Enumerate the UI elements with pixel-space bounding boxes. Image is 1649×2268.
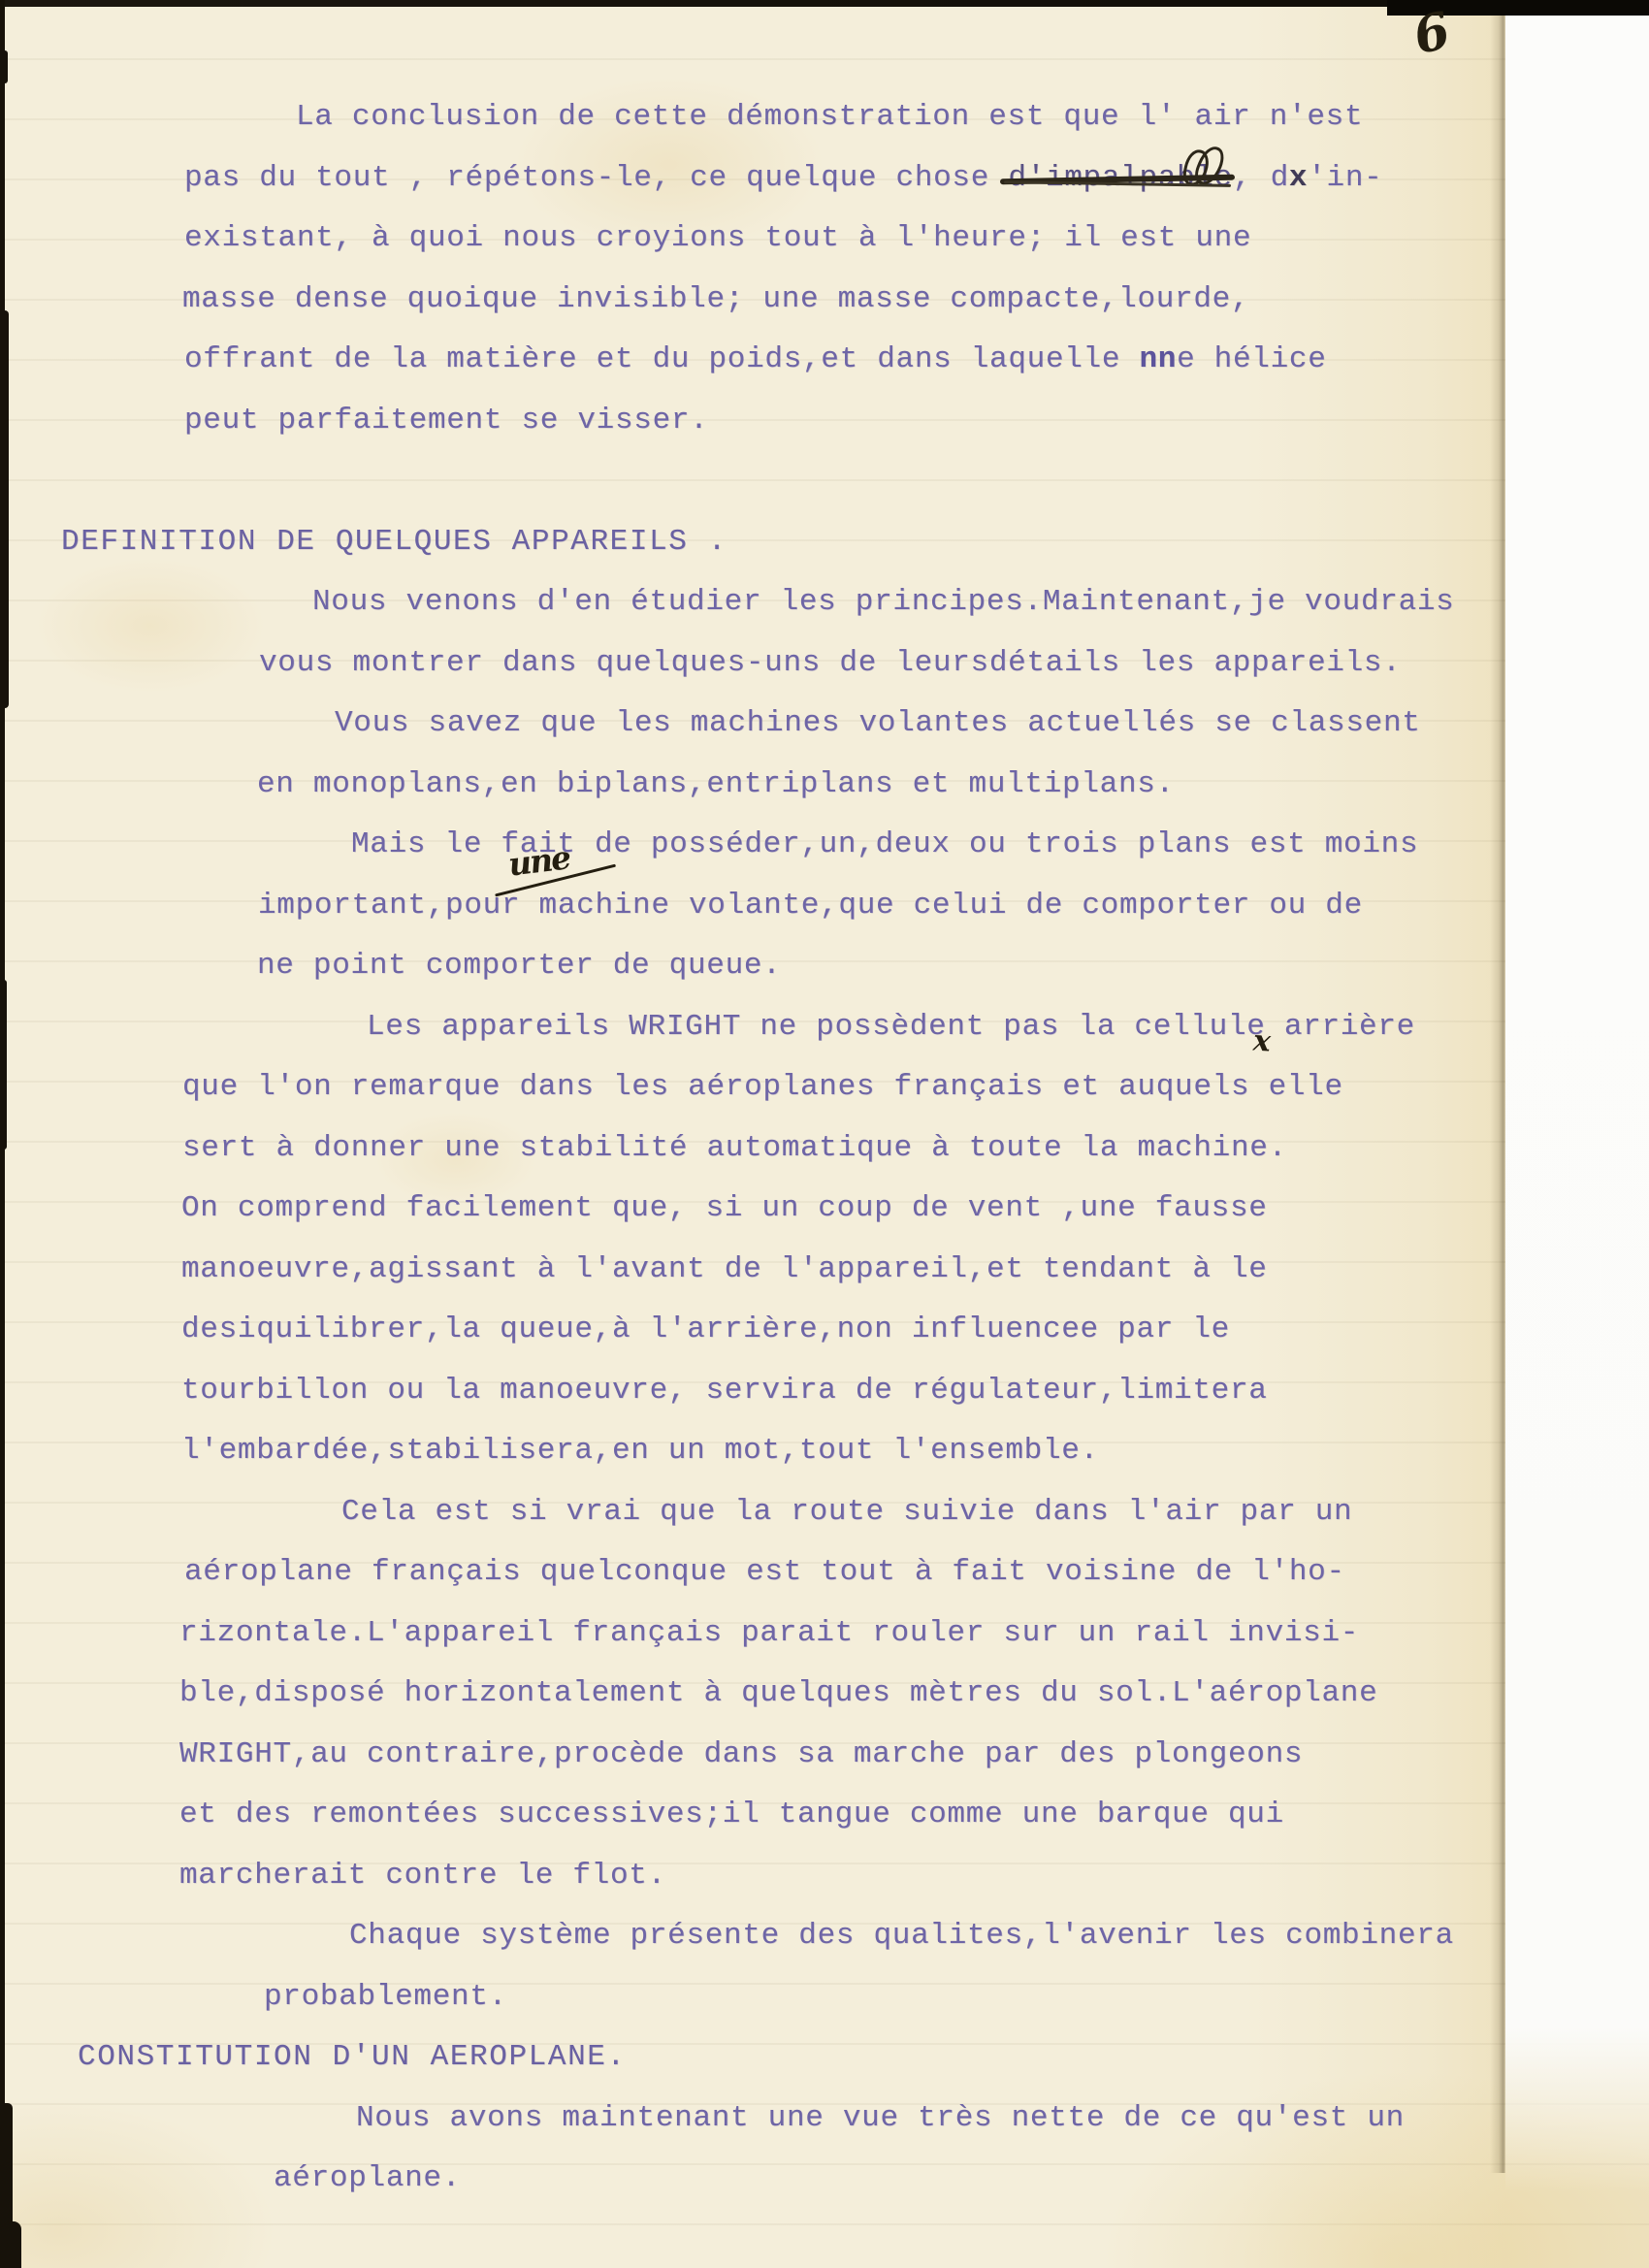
typed-text: La conclusion de cette démonstration est… xyxy=(296,100,1363,134)
section-heading: CONSTITUTION D'UN AEROPLANE. xyxy=(0,2027,1649,2089)
typed-text: pas du tout , répétons-le, ce quelque ch… xyxy=(184,161,1008,195)
typed-text: manoeuvre,agissant à l'avant de l'appare… xyxy=(181,1252,1268,1286)
blank-line xyxy=(0,451,1649,512)
typed-line: Mais le fait de posséder,un,deux ou troi… xyxy=(0,815,1649,876)
typed-line: Cela est si vrai que la route suivie dan… xyxy=(0,1482,1649,1543)
typed-line: offrant de la matière et du poids,et dan… xyxy=(0,330,1649,391)
typed-line: pas du tout , répétons-le, ce quelque ch… xyxy=(0,148,1649,210)
typed-text: ne point comporter de queue. xyxy=(257,949,782,983)
scan-edge-blob xyxy=(0,50,8,83)
typed-line: l'embardée,stabilisera,en un mot,tout l'… xyxy=(0,1421,1649,1482)
typed-line: rizontale.L'appareil français parait rou… xyxy=(0,1604,1649,1665)
typed-line: peut parfaitement se visser. xyxy=(0,391,1649,452)
typed-text: vous montrer dans quelques-uns de leursd… xyxy=(259,646,1402,680)
typed-text: masse dense quoique invisible; une masse… xyxy=(182,282,1249,316)
typed-line: important,pour machine volante,que celui… xyxy=(0,876,1649,937)
typed-text: 'in- xyxy=(1308,161,1382,195)
typed-text: aéroplane. xyxy=(274,2161,461,2195)
typed-line: Les appareils WRIGHT ne possèdent pas la… xyxy=(0,997,1649,1058)
typed-text: que l'on remarque dans les aéroplanes fr… xyxy=(182,1070,1343,1104)
typed-text: e hélice xyxy=(1177,342,1326,376)
typed-line: sert à donner une stabilité automatique … xyxy=(0,1118,1649,1180)
typed-text: tourbillon ou la manoeuvre, servira de r… xyxy=(181,1374,1268,1408)
typed-line: WRIGHT,au contraire,procède dans sa marc… xyxy=(0,1725,1649,1786)
typed-text: probablement. xyxy=(264,1980,507,2014)
typed-text: Nous venons d'en étudier les principes.M… xyxy=(312,585,1455,619)
typed-line: que l'on remarque dans les aéroplanes fr… xyxy=(0,1057,1649,1118)
typed-line: vous montrer dans quelques-uns de leursd… xyxy=(0,633,1649,695)
typed-text: en monoplans,en biplans,entriplans et mu… xyxy=(257,767,1175,801)
handwritten-insertion-une: une xyxy=(506,838,571,883)
scanned-document: { "page": { "handwritten_number": "6" },… xyxy=(0,0,1649,2268)
typed-line: La conclusion de cette démonstration est… xyxy=(0,87,1649,148)
typed-text: On comprend facilement que, si un coup d… xyxy=(181,1191,1268,1225)
typed-text: Cela est si vrai que la route suivie dan… xyxy=(341,1495,1352,1529)
typed-line: ne point comporter de queue. xyxy=(0,936,1649,997)
typed-text: offrant de la matière et du poids,et dan… xyxy=(184,342,1139,376)
typed-line: Nous avons maintenant une vue très nette… xyxy=(0,2089,1649,2150)
typed-text: rizontale.L'appareil français parait rou… xyxy=(179,1616,1359,1650)
typed-lines: La conclusion de cette démonstration est… xyxy=(0,87,1649,2210)
typed-line: existant, à quoi nous croyions tout à l'… xyxy=(0,209,1649,270)
typed-text: important,pour machine volante,que celui… xyxy=(258,889,1363,923)
typed-line: Nous venons d'en étudier les principes.M… xyxy=(0,572,1649,633)
typed-line: probablement. xyxy=(0,1967,1649,2028)
typed-text: nn xyxy=(1139,342,1177,376)
typed-text: sert à donner une stabilité automatique … xyxy=(182,1131,1287,1165)
typed-line: desiquilibrer,la queue,à l'arrière,non i… xyxy=(0,1300,1649,1361)
typed-text: x xyxy=(1289,161,1308,195)
typed-text: ble,disposé horizontalement à quelques m… xyxy=(179,1676,1377,1710)
typed-line: aéroplane français quelconque est tout à… xyxy=(0,1542,1649,1604)
typed-line: masse dense quoique invisible; une masse… xyxy=(0,270,1649,331)
typed-text: Chaque système présente des qualites,l'a… xyxy=(349,1919,1454,1953)
section-heading: DEFINITION DE QUELQUES APPAREILS . xyxy=(0,512,1649,573)
typed-line: manoeuvre,agissant à l'avant de l'appare… xyxy=(0,1240,1649,1301)
typed-line: et des remontées successives;il tangue c… xyxy=(0,1785,1649,1846)
typed-text: et des remontées successives;il tangue c… xyxy=(179,1798,1284,1831)
typed-line: tourbillon ou la manoeuvre, servira de r… xyxy=(0,1361,1649,1422)
typed-line: marcherait contre le flot. xyxy=(0,1846,1649,1907)
typed-text: aéroplane français quelconque est tout à… xyxy=(184,1555,1345,1589)
typed-text: , d xyxy=(1233,161,1289,195)
struck-out-word: d'impalpable xyxy=(1008,161,1233,195)
typed-text: Vous savez que les machines volantes act… xyxy=(335,706,1421,740)
typed-line: Chaque système présente des qualites,l'a… xyxy=(0,1906,1649,1967)
typed-text: desiquilibrer,la queue,à l'arrière,non i… xyxy=(181,1312,1230,1346)
typed-text: Nous avons maintenant une vue très nette… xyxy=(356,2101,1405,2135)
handwritten-x-mark: x xyxy=(1252,1023,1272,1058)
typed-text: CONSTITUTION D'UN AEROPLANE. xyxy=(78,2040,627,2074)
typed-line: en monoplans,en biplans,entriplans et mu… xyxy=(0,755,1649,816)
typed-text: peut parfaitement se visser. xyxy=(184,404,709,437)
typed-line: aéroplane. xyxy=(0,2149,1649,2210)
typed-text: WRIGHT,au contraire,procède dans sa marc… xyxy=(179,1737,1303,1771)
typed-line: On comprend facilement que, si un coup d… xyxy=(0,1179,1649,1240)
typed-text: existant, à quoi nous croyions tout à l'… xyxy=(184,221,1251,255)
typed-text: l'embardée,stabilisera,en un mot,tout l'… xyxy=(181,1434,1099,1468)
typed-line: Vous savez que les machines volantes act… xyxy=(0,694,1649,755)
typed-line: ble,disposé horizontalement à quelques m… xyxy=(0,1664,1649,1725)
typed-text: marcherait contre le flot. xyxy=(179,1859,666,1893)
typed-text: DEFINITION DE QUELQUES APPAREILS . xyxy=(61,525,727,559)
scan-edge-blob xyxy=(0,2221,21,2268)
